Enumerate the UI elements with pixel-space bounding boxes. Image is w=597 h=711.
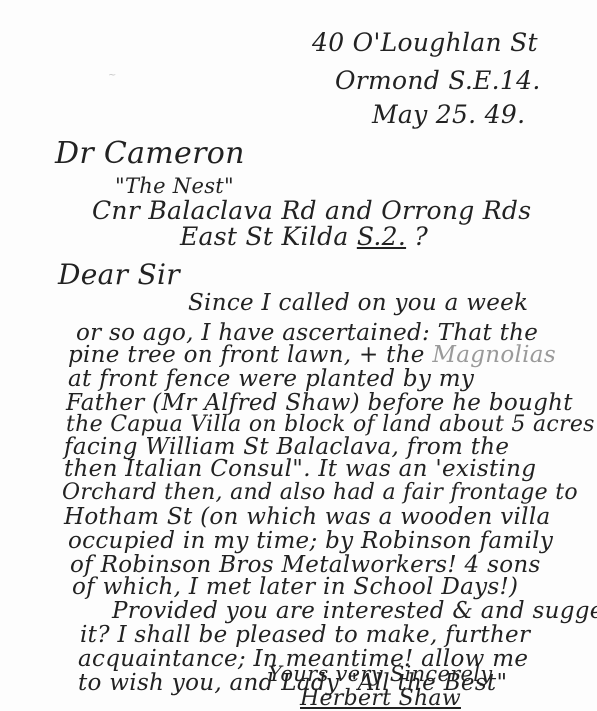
body-line: Hotham St (on which was a wooden villa bbox=[64, 504, 550, 530]
body-line: Since I called on you a week bbox=[188, 290, 528, 316]
sender-suburb: Ormond S.E.14. bbox=[335, 66, 541, 95]
body-line-text: Hotham St bbox=[64, 504, 193, 530]
letter-date: May 25. 49. bbox=[372, 100, 525, 129]
recipient-suburb: East St Kilda bbox=[180, 222, 349, 251]
stray-mark: ~ bbox=[108, 70, 116, 81]
body-line: at front fence were planted by my bbox=[68, 366, 474, 392]
body-line: Orchard then, and also had a fair fronta… bbox=[62, 480, 578, 505]
recipient-postcode: S.2. bbox=[357, 222, 406, 251]
body-line: Provided you are interested & and sugges… bbox=[112, 598, 597, 624]
closing: Yours very Sincerely bbox=[268, 662, 492, 686]
recipient-street: Cnr Balaclava Rd and Orrong Rds bbox=[92, 196, 531, 225]
recipient-suburb-line: East St Kilda S.2. ? bbox=[180, 222, 428, 251]
body-line: of which, I met later in School Days!) bbox=[72, 574, 518, 600]
signature: Herbert Shaw bbox=[300, 686, 461, 711]
sender-street: 40 O'Loughlan St bbox=[312, 28, 538, 57]
body-line-text: (on which was a wooden villa bbox=[200, 504, 550, 530]
recipient-query: ? bbox=[414, 222, 428, 251]
salutation: Dear Sir bbox=[58, 258, 180, 291]
body-line: then Italian Consul". It was an 'existin… bbox=[64, 456, 536, 482]
body-line: occupied in my time; by Robinson family bbox=[68, 528, 553, 554]
recipient-name: Dr Cameron bbox=[55, 136, 245, 171]
recipient-house: "The Nest" bbox=[115, 174, 234, 198]
letter-page: ~ 40 O'Loughlan St Ormond S.E.14. May 25… bbox=[0, 0, 597, 711]
body-line: it? I shall be pleased to make, further bbox=[80, 622, 530, 648]
faint-insertion: Magnolias bbox=[432, 342, 556, 368]
body-line: pine tree on front lawn, + the Magnolias bbox=[68, 342, 556, 368]
body-line-text: pine tree on front lawn, + the bbox=[68, 342, 425, 368]
